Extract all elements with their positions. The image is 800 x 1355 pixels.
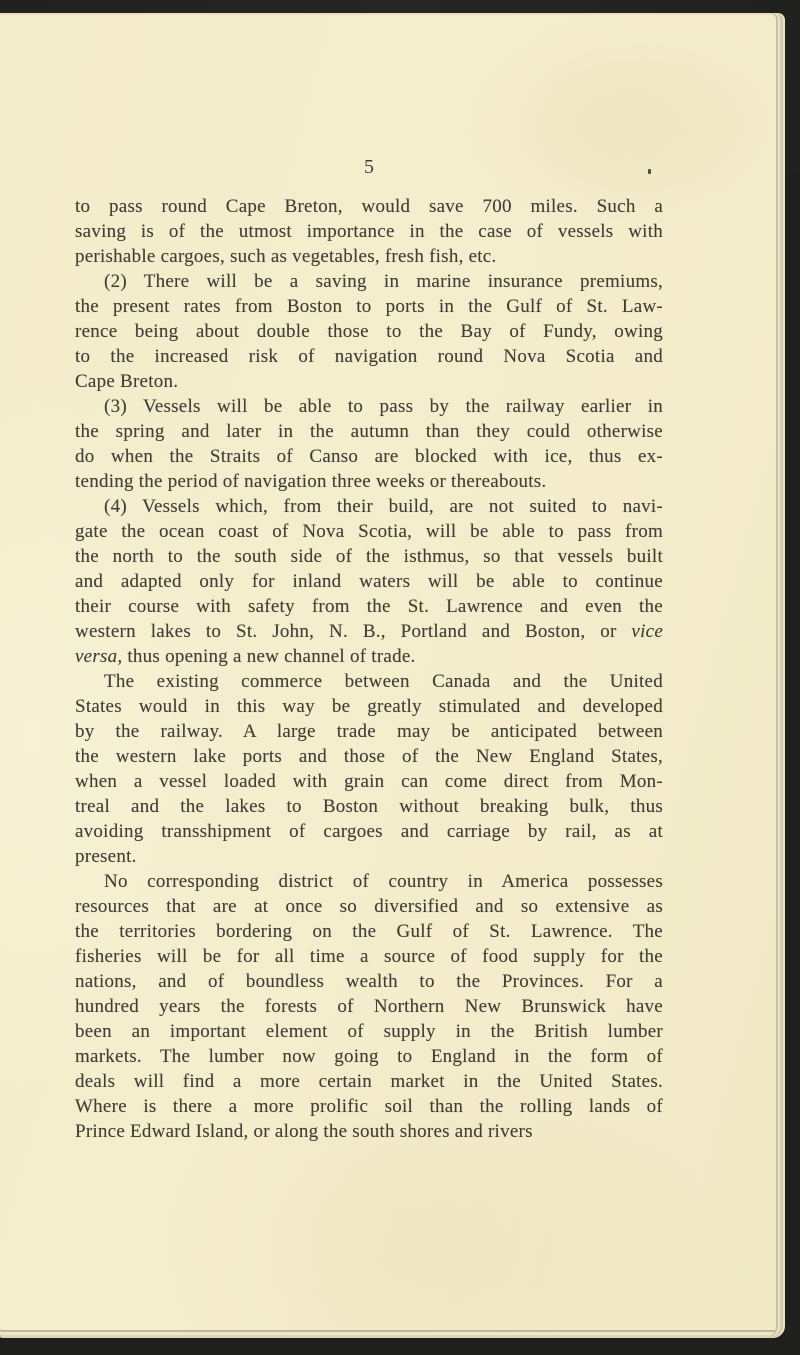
text-line: by the railway. A large trade may be ant…	[75, 719, 663, 744]
text-line: saving is of the utmost importance in th…	[75, 219, 663, 244]
text-line: No corresponding district of country in …	[75, 869, 663, 894]
text-line: (3) Vessels will be able to pass by the …	[75, 394, 663, 419]
text-line: perishable cargoes, such as vegetables, …	[75, 244, 663, 269]
paragraph: (3) Vessels will be able to pass by the …	[75, 394, 663, 494]
text-line: markets. The lumber now going to England…	[75, 1044, 663, 1069]
text-line: fisheries will be for all time a source …	[75, 944, 663, 969]
paragraph: No corresponding district of country in …	[75, 869, 663, 1144]
text-block: to pass round Cape Breton, would save 70…	[75, 194, 663, 1144]
text-line: States would in this way be greatly stim…	[75, 694, 663, 719]
text-line: the present rates from Boston to ports i…	[75, 294, 663, 319]
text-line: deals will find a more certain market in…	[75, 1069, 663, 1094]
ink-speck	[648, 169, 651, 174]
text-line: to pass round Cape Breton, would save 70…	[75, 194, 663, 219]
text-line: the territories bordering on the Gulf of…	[75, 919, 663, 944]
text-line: (4) Vessels which, from their build, are…	[75, 494, 663, 519]
text-line: (2) There will be a saving in marine ins…	[75, 269, 663, 294]
text-line: treal and the lakes to Boston without br…	[75, 794, 663, 819]
text-line: The existing commerce between Canada and…	[75, 669, 663, 694]
text-line: rence being about double those to the Ba…	[75, 319, 663, 344]
text-line: do when the Straits of Canso are blocked…	[75, 444, 663, 469]
text-line: their course with safety from the St. La…	[75, 594, 663, 619]
text-line: to the increased risk of navigation roun…	[75, 344, 663, 369]
text-line: Where is there a more prolific soil than…	[75, 1094, 663, 1119]
text-line: the spring and later in the autumn than …	[75, 419, 663, 444]
text-line: resources that are at once so diversifie…	[75, 894, 663, 919]
text-line: been an important element of supply in t…	[75, 1019, 663, 1044]
text-line: Cape Breton.	[75, 369, 663, 394]
text-line: hundred years the forests of Northern Ne…	[75, 994, 663, 1019]
page-number: 5	[75, 155, 663, 180]
text-line: nations, and of boundless wealth to the …	[75, 969, 663, 994]
paragraph: to pass round Cape Breton, would save 70…	[75, 194, 663, 269]
paragraph: (4) Vessels which, from their build, are…	[75, 494, 663, 669]
text-line: and adapted only for inland waters will …	[75, 569, 663, 594]
text-line: present.	[75, 844, 663, 869]
text-line: versa, thus opening a new channel of tra…	[75, 644, 663, 669]
text-line: avoiding transshipment of cargoes and ca…	[75, 819, 663, 844]
book-page: 5 to pass round Cape Breton, would save …	[0, 13, 785, 1338]
text-line: gate the ocean coast of Nova Scotia, wil…	[75, 519, 663, 544]
text-line: the western lake ports and those of the …	[75, 744, 663, 769]
text-line: tending the period of navigation three w…	[75, 469, 663, 494]
paragraph: The existing commerce between Canada and…	[75, 669, 663, 869]
paragraph: (2) There will be a saving in marine ins…	[75, 269, 663, 394]
text-line: western lakes to St. John, N. B., Portla…	[75, 619, 663, 644]
text-line: when a vessel loaded with grain can come…	[75, 769, 663, 794]
text-line: the north to the south side of the isthm…	[75, 544, 663, 569]
text-line: Prince Edward Island, or along the south…	[75, 1119, 663, 1144]
